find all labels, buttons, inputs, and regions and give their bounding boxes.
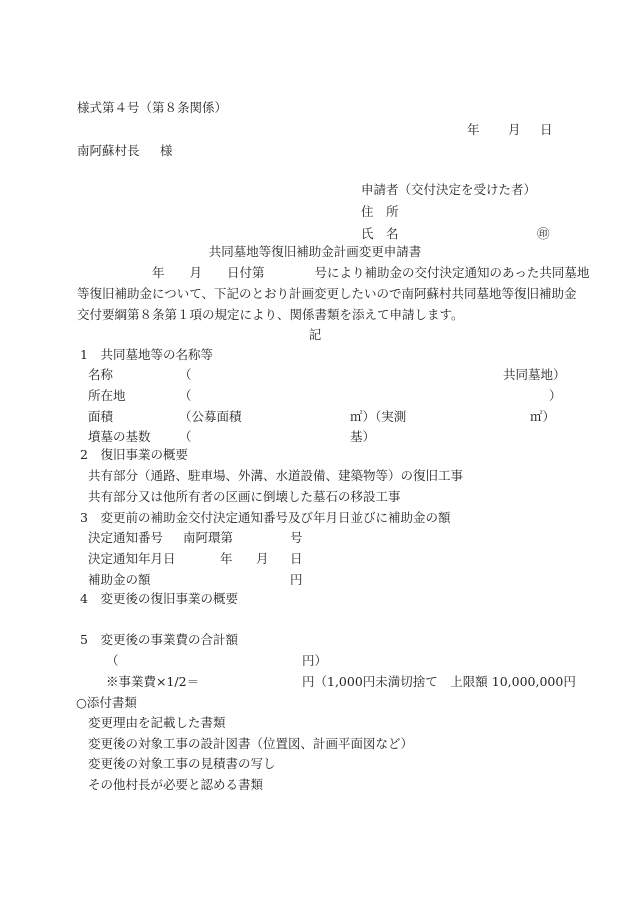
section2-item-2: 共有部分又は他所有者の区画に倒壊した墓石の移設工事: [88, 488, 401, 506]
graves-open: （: [179, 428, 192, 446]
area-public: （公募面積: [179, 408, 242, 426]
graves-close: 基）: [350, 428, 375, 446]
section2-item-1: 共有部分（通路、駐車場、外溝、水道設備、建築物等）の復旧工事: [88, 467, 463, 485]
notice-year: 年: [220, 550, 233, 568]
calc-label: ※事業費×1/2＝: [106, 673, 199, 691]
graves-label: 墳墓の基数: [88, 428, 151, 446]
location-open: （: [179, 387, 192, 405]
attachments-heading: ○添付書類: [76, 694, 137, 712]
notice-month: 月: [256, 550, 269, 568]
body-line-2: 等復旧補助金について、下記のとおり計画変更したいので南阿蘇村共同墓地等復旧補助金: [77, 285, 577, 303]
document-title: 共同墓地等復旧補助金計画変更申請書: [0, 243, 630, 261]
calc-note: 円（1,000円未満切捨て 上限額 10,000,000円: [302, 673, 576, 691]
name-field-label: 名称: [88, 366, 113, 384]
ki-heading: 記: [0, 326, 630, 344]
amount-unit: 円: [290, 571, 303, 589]
address-label: 住 所: [361, 203, 399, 221]
area-actual-unit: ㎡）: [530, 408, 555, 426]
date-month: 月: [508, 121, 521, 139]
section2-heading: 2 復旧事業の概要: [80, 446, 188, 464]
date-year: 年: [467, 121, 480, 139]
date-day: 日: [540, 121, 553, 139]
addressee: 南阿蘇村長: [77, 142, 140, 160]
section5-heading: 5 変更後の事業費の合計額: [80, 631, 238, 649]
section3-heading: 3 変更前の補助金交付決定通知番号及び年月日並びに補助金の額: [80, 509, 450, 527]
addressee-suffix: 様: [160, 142, 173, 160]
total-close: 円）: [302, 652, 327, 670]
section4-heading: 4 変更後の復旧事業の概要: [80, 590, 238, 608]
attachment-item-1: 変更理由を記載した書類: [88, 714, 226, 732]
notice-number-suffix: 号: [290, 529, 303, 547]
location-close: ）: [549, 387, 562, 405]
attachment-item-3: 変更後の対象工事の見積書の写し: [88, 755, 276, 773]
notice-day: 日: [290, 550, 303, 568]
applicant-label: 申請者（交付決定を受けた者）: [361, 181, 536, 199]
body-line-3: 交付要綱第８条第１項の規定により、関係書類を添えて申請します。: [77, 306, 464, 324]
location-label: 所在地: [88, 387, 126, 405]
notice-date-label: 決定通知年月日: [88, 550, 176, 568]
body-line-1: 年 月 日付第 号により補助金の交付決定通知のあった共同墓地: [77, 264, 589, 282]
seal-icon: ㊞: [537, 225, 550, 243]
notice-number-label: 決定通知番号: [88, 529, 163, 547]
form-number: 様式第４号（第８条関係）: [77, 99, 227, 117]
amount-label: 補助金の額: [88, 571, 151, 589]
notice-number-prefix: 南阿環第: [183, 529, 233, 547]
attachment-item-2: 変更後の対象工事の設計図書（位置図、計画平面図など）: [88, 735, 413, 753]
name-field-open: （: [179, 366, 192, 384]
name-label: 氏 名: [361, 225, 399, 243]
name-field-close: 共同墓地）: [503, 366, 566, 384]
area-label: 面積: [88, 408, 113, 426]
attachment-item-4: その他村長が必要と認める書類: [88, 776, 263, 794]
area-public-unit: ㎡）（実測: [350, 408, 406, 426]
total-open: （: [106, 652, 119, 670]
section1-heading: 1 共同墓地等の名称等: [80, 346, 213, 364]
